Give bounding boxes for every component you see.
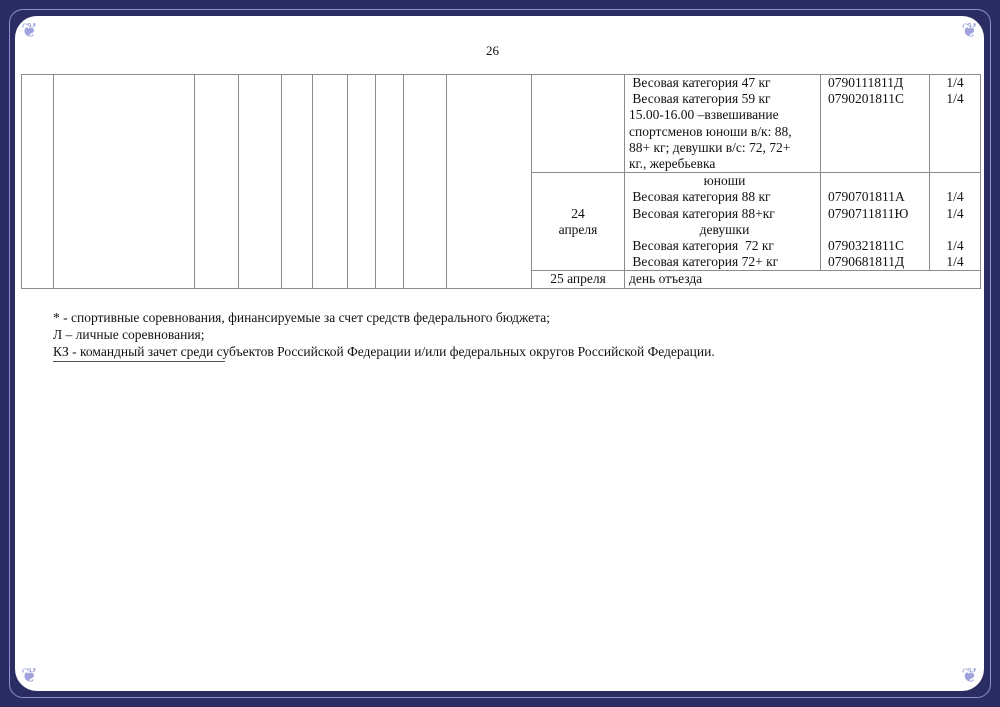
weight-category: 88+ кг; девушки в/с: 72, 72+ bbox=[629, 140, 820, 156]
weight-category: Весовая категория 72+ кг bbox=[629, 254, 820, 270]
date-cell: 24 апреля bbox=[532, 173, 625, 271]
date-cell bbox=[532, 75, 625, 173]
code-cell: 0790111811Д0790201811С bbox=[821, 75, 930, 173]
description-cell: юноши Весовая категория 88 кг Весовая ка… bbox=[625, 173, 821, 271]
weight-category: спортсменов юноши в/к: 88, bbox=[629, 124, 820, 140]
ornament-icon: ❦ bbox=[21, 666, 38, 686]
description-cell: Весовая категория 47 кг Весовая категори… bbox=[625, 75, 821, 173]
round-fraction: 1/4 bbox=[930, 189, 980, 205]
round-fraction: 1/4 bbox=[930, 75, 980, 91]
round-fraction bbox=[930, 156, 980, 172]
discipline-code: 0790711811Ю bbox=[828, 206, 929, 222]
table-row: Весовая категория 47 кг Весовая категори… bbox=[22, 75, 981, 173]
discipline-code bbox=[828, 140, 929, 156]
round-fraction: 1/4 bbox=[930, 206, 980, 222]
discipline-code: 0790321811С bbox=[828, 238, 929, 254]
empty-cell bbox=[313, 75, 348, 289]
empty-cell bbox=[447, 75, 532, 289]
discipline-code: 0790701811А bbox=[828, 189, 929, 205]
footnote-team: КЗ - командный зачет среди субъектов Рос… bbox=[53, 343, 715, 360]
discipline-code bbox=[828, 156, 929, 172]
discipline-code: 0790201811С bbox=[828, 91, 929, 107]
empty-cell bbox=[376, 75, 404, 289]
weight-category: 15.00-16.00 –взвешивание bbox=[629, 107, 820, 123]
fraction-cell: 1/41/4 bbox=[930, 75, 981, 173]
weight-category: кг., жеребьевка bbox=[629, 156, 820, 172]
empty-cell bbox=[54, 75, 195, 289]
description-cell: день отъезда bbox=[625, 271, 981, 288]
empty-cell bbox=[348, 75, 376, 289]
footnotes: * - спортивные соревнования, финансируем… bbox=[53, 309, 715, 362]
empty-cell bbox=[282, 75, 313, 289]
round-fraction bbox=[930, 222, 980, 238]
round-fraction: 1/4 bbox=[930, 91, 980, 107]
round-fraction: 1/4 bbox=[930, 254, 980, 270]
group-label: девушки bbox=[629, 222, 820, 238]
page-number: 26 bbox=[486, 43, 499, 59]
footnote-divider bbox=[53, 361, 225, 362]
empty-cell bbox=[22, 75, 54, 289]
weight-category: Весовая категория 72 кг bbox=[629, 238, 820, 254]
empty-cell bbox=[239, 75, 282, 289]
schedule-table: Весовая категория 47 кг Весовая категори… bbox=[21, 74, 981, 289]
footnote-personal: Л – личные соревнования; bbox=[53, 326, 715, 343]
round-fraction bbox=[930, 173, 980, 189]
round-fraction bbox=[930, 140, 980, 156]
code-cell: 0790701811А0790711811Ю 0790321811С079068… bbox=[821, 173, 930, 271]
ornament-icon: ❦ bbox=[961, 666, 978, 686]
weight-category: Весовая категория 88+кг bbox=[629, 206, 820, 222]
ornament-icon: ❦ bbox=[961, 21, 978, 41]
discipline-code bbox=[828, 107, 929, 123]
fraction-cell: 1/41/4 1/41/4 bbox=[930, 173, 981, 271]
discipline-code bbox=[828, 173, 929, 189]
round-fraction bbox=[930, 107, 980, 123]
footnote-federal: * - спортивные соревнования, финансируем… bbox=[53, 309, 715, 326]
empty-cell bbox=[404, 75, 447, 289]
discipline-code: 0790111811Д bbox=[828, 75, 929, 91]
ornament-icon: ❦ bbox=[21, 21, 38, 41]
weight-category: Весовая категория 59 кг bbox=[629, 91, 820, 107]
round-fraction bbox=[930, 124, 980, 140]
group-label: юноши bbox=[629, 173, 820, 189]
weight-category: Весовая категория 47 кг bbox=[629, 75, 820, 91]
discipline-code: 0790681811Д bbox=[828, 254, 929, 270]
discipline-code bbox=[828, 222, 929, 238]
empty-cell bbox=[195, 75, 239, 289]
date-cell: 25 апреля bbox=[532, 271, 625, 288]
discipline-code bbox=[828, 124, 929, 140]
round-fraction: 1/4 bbox=[930, 238, 980, 254]
weight-category: Весовая категория 88 кг bbox=[629, 189, 820, 205]
